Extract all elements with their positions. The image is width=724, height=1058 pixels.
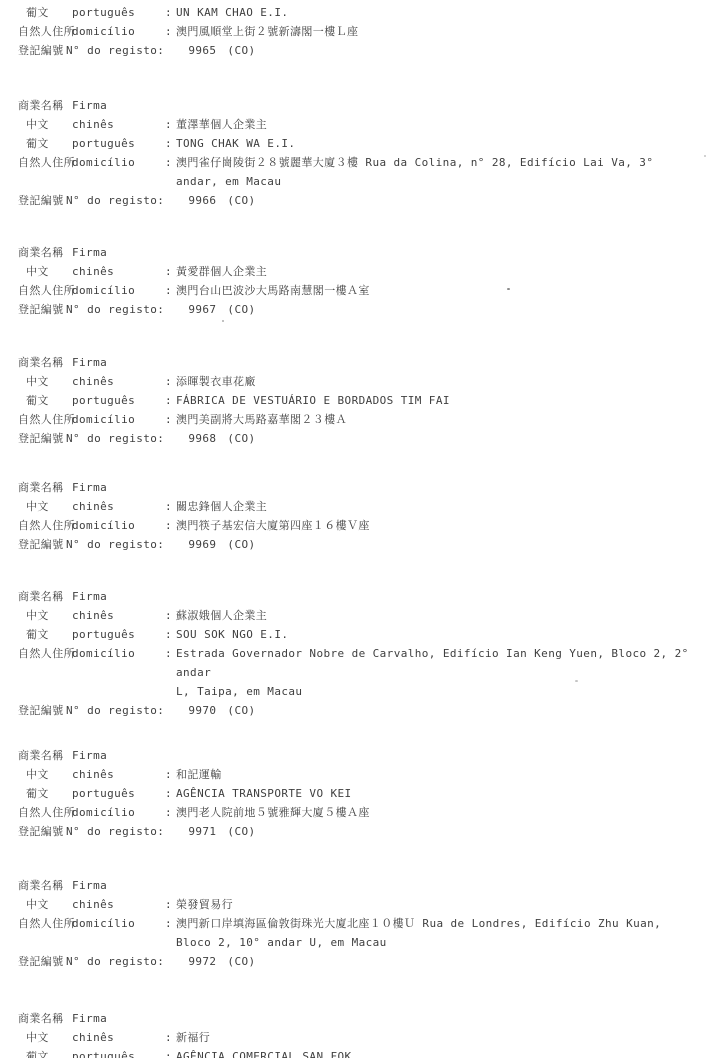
chinese-name-row: 中文 chinês : 榮發貿易行 <box>18 895 716 914</box>
registry-label-zh: 登記編號 <box>18 191 66 210</box>
chinese-name-value: 榮發貿易行 <box>176 895 716 914</box>
domicile-label-pt: domicílio <box>72 914 165 933</box>
registration-row: 登記編號 N° do registo: 9972 (CO) <box>18 952 716 971</box>
portuguese-name-row: 葡文 português : SOU SOK NGO E.I. <box>18 625 716 644</box>
registry-suffix: (CO) <box>227 535 255 554</box>
colon-separator: : <box>165 262 176 281</box>
registry-number: 9972 <box>188 952 216 971</box>
business-name-row: 商業名稱 Firma <box>18 1009 716 1028</box>
colon-separator: : <box>165 410 176 429</box>
portuguese-label-zh: 葡文 <box>18 625 72 644</box>
registration-row: 登記編號 N° do registo: 9967 (CO) <box>18 300 716 319</box>
firma-label-pt: Firma <box>72 478 165 497</box>
chinese-name-value: 關忠鋒個人企業主 <box>176 497 716 516</box>
firma-label-zh: 商業名稱 <box>18 96 72 115</box>
colon-separator: : <box>165 22 176 41</box>
colon-separator: : <box>165 803 176 822</box>
chinese-name-value: 和記運輸 <box>176 765 716 784</box>
registry-label-zh: 登記編號 <box>18 535 66 554</box>
chinese-label-pt: chinês <box>72 765 165 784</box>
portuguese-name-row: 葡文 português : AGÊNCIA TRANSPORTE VO KEI <box>18 784 716 803</box>
portuguese-label-zh: 葡文 <box>18 3 72 22</box>
portuguese-label-pt: português <box>72 1047 165 1058</box>
firma-label-zh: 商業名稱 <box>18 353 72 372</box>
registry-entry-9972: 商業名稱 Firma 中文 chinês : 榮發貿易行 自然人住所 domic… <box>18 876 716 971</box>
chinese-name-value: 董澤華個人企業主 <box>176 115 716 134</box>
domicile-label-zh: 自然人住所 <box>18 410 72 429</box>
colon-separator: : <box>165 765 176 784</box>
portuguese-name-value: AGÊNCIA TRANSPORTE VO KEI <box>176 784 716 803</box>
portuguese-name-row: 葡文 português : TONG CHAK WA E.I. <box>18 134 716 153</box>
scan-speck <box>575 680 578 682</box>
domicile-value: 澳門老人院前地５號雅輝大廈５樓Ａ座 <box>176 803 716 822</box>
registry-suffix: (CO) <box>227 191 255 210</box>
colon-separator: : <box>165 644 176 663</box>
registry-number: 9970 <box>188 701 216 720</box>
registry-entry-9970: 商業名稱 Firma 中文 chinês : 蘇淑娥個人企業主 葡文 portu… <box>18 587 716 720</box>
firma-label-pt: Firma <box>72 96 165 115</box>
colon-separator: : <box>165 1028 176 1047</box>
business-name-row: 商業名稱 Firma <box>18 478 716 497</box>
portuguese-name-row: 葡文 português : AGÊNCIA COMERCIAL SAN FOK <box>18 1047 716 1058</box>
chinese-name-row: 中文 chinês : 新福行 <box>18 1028 716 1047</box>
domicile-value: 澳門台山巴波沙大馬路南慧閣一樓Ａ室 <box>176 281 716 300</box>
chinese-label-pt: chinês <box>72 115 165 134</box>
registry-entry-san-fok: 商業名稱 Firma 中文 chinês : 新福行 葡文 português … <box>18 1009 716 1058</box>
firma-label-pt: Firma <box>72 243 165 262</box>
domicile-row: 自然人住所 domicílio : Estrada Governador Nob… <box>18 644 716 701</box>
registry-number: 9968 <box>188 429 216 448</box>
colon-separator: : <box>165 3 176 22</box>
portuguese-label-pt: português <box>72 784 165 803</box>
colon-separator: : <box>165 1047 176 1058</box>
scan-speck <box>222 320 224 322</box>
registry-number: 9966 <box>188 191 216 210</box>
domicile-value: 澳門風順堂上街２號新濤閣一樓Ｌ座 <box>176 22 716 41</box>
portuguese-name-value: SOU SOK NGO E.I. <box>176 625 716 644</box>
domicile-label-zh: 自然人住所 <box>18 914 72 933</box>
registry-number: 9965 <box>188 41 216 60</box>
registry-suffix: (CO) <box>227 822 255 841</box>
colon-separator: : <box>165 784 176 803</box>
registration-row: 登記編號 N° do registo: 9965 (CO) <box>18 41 716 60</box>
domicile-label-pt: domicílio <box>72 153 165 172</box>
domicile-row: 自然人住所 domicílio : 澳門雀仔崗陵街２８號麗華大廈３樓 Rua d… <box>18 153 716 191</box>
firma-label-pt: Firma <box>72 1009 165 1028</box>
registration-row: 登記編號 N° do registo: 9968 (CO) <box>18 429 716 448</box>
registry-number: 9969 <box>188 535 216 554</box>
registry-label-zh: 登記編號 <box>18 701 66 720</box>
registry-suffix: (CO) <box>227 952 255 971</box>
chinese-label-zh: 中文 <box>18 497 72 516</box>
domicile-line2: Bloco 2, 10° andar U, em Macau <box>176 936 387 949</box>
domicile-value: 澳門美副將大馬路嘉華閣２３樓Ａ <box>176 410 716 429</box>
registry-entry-9971: 商業名稱 Firma 中文 chinês : 和記運輸 葡文 português… <box>18 746 716 841</box>
colon-separator: : <box>165 115 176 134</box>
chinese-label-pt: chinês <box>72 1028 165 1047</box>
registry-suffix: (CO) <box>227 41 255 60</box>
registry-label-pt: N° do registo: <box>66 952 164 971</box>
business-name-row: 商業名稱 Firma <box>18 876 716 895</box>
domicile-label-zh: 自然人住所 <box>18 644 72 663</box>
domicile-line1: 澳門雀仔崗陵街２８號麗華大廈３樓 Rua da Colina, n° 28, E… <box>176 156 653 169</box>
portuguese-name-value: FÁBRICA DE VESTUÁRIO E BORDADOS TIM FAI <box>176 391 716 410</box>
chinese-label-pt: chinês <box>72 262 165 281</box>
colon-separator: : <box>165 606 176 625</box>
registry-number: 9967 <box>188 300 216 319</box>
chinese-label-zh: 中文 <box>18 115 72 134</box>
registry-label-zh: 登記編號 <box>18 300 66 319</box>
domicile-row: 自然人住所 domicílio : 澳門新口岸填海區倫敦街珠光大廈北座１０樓Ｕ … <box>18 914 716 952</box>
business-name-row: 商業名稱 Firma <box>18 353 716 372</box>
domicile-label-pt: domicílio <box>72 281 165 300</box>
registration-row: 登記編號 N° do registo: 9971 (CO) <box>18 822 716 841</box>
chinese-name-row: 中文 chinês : 董澤華個人企業主 <box>18 115 716 134</box>
firma-label-pt: Firma <box>72 353 165 372</box>
business-name-row: 商業名稱 Firma <box>18 96 716 115</box>
domicile-label-zh: 自然人住所 <box>18 153 72 172</box>
registry-entry-9966: 商業名稱 Firma 中文 chinês : 董澤華個人企業主 葡文 portu… <box>18 96 716 210</box>
chinese-label-zh: 中文 <box>18 372 72 391</box>
chinese-name-row: 中文 chinês : 關忠鋒個人企業主 <box>18 497 716 516</box>
firma-label-zh: 商業名稱 <box>18 587 72 606</box>
chinese-label-zh: 中文 <box>18 606 72 625</box>
domicile-label-zh: 自然人住所 <box>18 281 72 300</box>
chinese-label-zh: 中文 <box>18 262 72 281</box>
colon-separator: : <box>165 914 176 933</box>
domicile-line1: 澳門新口岸填海區倫敦街珠光大廈北座１０樓Ｕ Rua de Londres, Ed… <box>176 917 661 930</box>
domicile-value: 澳門筷子基宏信大廈第四座１６樓Ｖ座 <box>176 516 716 535</box>
registry-label-pt: N° do registo: <box>66 191 164 210</box>
registry-label-zh: 登記編號 <box>18 429 66 448</box>
domicile-row: 自然人住所 domicílio : 澳門台山巴波沙大馬路南慧閣一樓Ａ室 <box>18 281 716 300</box>
registry-suffix: (CO) <box>227 300 255 319</box>
domicile-label-pt: domicílio <box>72 410 165 429</box>
chinese-name-row: 中文 chinês : 添暉製衣車花廠 <box>18 372 716 391</box>
chinese-label-pt: chinês <box>72 372 165 391</box>
domicile-label-pt: domicílio <box>72 22 165 41</box>
firma-label-pt: Firma <box>72 587 165 606</box>
portuguese-name-row: 葡文 português : UN KAM CHAO E.I. <box>18 3 716 22</box>
registry-label-pt: N° do registo: <box>66 429 164 448</box>
business-name-row: 商業名稱 Firma <box>18 243 716 262</box>
portuguese-label-pt: português <box>72 625 165 644</box>
chinese-label-pt: chinês <box>72 895 165 914</box>
domicile-line1: Estrada Governador Nobre de Carvalho, Ed… <box>176 647 689 679</box>
colon-separator: : <box>165 516 176 535</box>
firma-label-zh: 商業名稱 <box>18 1009 72 1028</box>
colon-separator: : <box>165 281 176 300</box>
chinese-label-zh: 中文 <box>18 1028 72 1047</box>
chinese-label-zh: 中文 <box>18 765 72 784</box>
firma-label-zh: 商業名稱 <box>18 746 72 765</box>
chinese-name-row: 中文 chinês : 蘇淑娥個人企業主 <box>18 606 716 625</box>
registry-label-pt: N° do registo: <box>66 701 164 720</box>
registry-entry-9967: 商業名稱 Firma 中文 chinês : 黃愛群個人企業主 自然人住所 do… <box>18 243 716 319</box>
registry-label-zh: 登記編號 <box>18 822 66 841</box>
domicile-line2: L, Taipa, em Macau <box>176 685 302 698</box>
chinese-name-value: 黃愛群個人企業主 <box>176 262 716 281</box>
domicile-label-pt: domicílio <box>72 644 165 663</box>
registration-row: 登記編號 N° do registo: 9966 (CO) <box>18 191 716 210</box>
firma-label-pt: Firma <box>72 746 165 765</box>
business-name-row: 商業名稱 Firma <box>18 746 716 765</box>
registry-label-pt: N° do registo: <box>66 822 164 841</box>
colon-separator: : <box>165 134 176 153</box>
colon-separator: : <box>165 895 176 914</box>
domicile-row: 自然人住所 domicílio : 澳門風順堂上街２號新濤閣一樓Ｌ座 <box>18 22 716 41</box>
registry-entry-9965: 葡文 português : UN KAM CHAO E.I. 自然人住所 do… <box>18 3 716 60</box>
portuguese-label-pt: português <box>72 134 165 153</box>
domicile-row: 自然人住所 domicílio : 澳門美副將大馬路嘉華閣２３樓Ａ <box>18 410 716 429</box>
portuguese-name-row: 葡文 português : FÁBRICA DE VESTUÁRIO E BO… <box>18 391 716 410</box>
firma-label-zh: 商業名稱 <box>18 478 72 497</box>
portuguese-label-pt: português <box>72 391 165 410</box>
scan-speck <box>704 155 706 157</box>
domicile-value: 澳門雀仔崗陵街２８號麗華大廈３樓 Rua da Colina, n° 28, E… <box>176 153 716 191</box>
portuguese-name-value: AGÊNCIA COMERCIAL SAN FOK <box>176 1047 716 1058</box>
portuguese-label-zh: 葡文 <box>18 391 72 410</box>
colon-separator: : <box>165 153 176 172</box>
domicile-line2: andar, em Macau <box>176 175 281 188</box>
colon-separator: : <box>165 497 176 516</box>
domicile-row: 自然人住所 domicílio : 澳門筷子基宏信大廈第四座１６樓Ｖ座 <box>18 516 716 535</box>
firma-label-zh: 商業名稱 <box>18 243 72 262</box>
domicile-value: Estrada Governador Nobre de Carvalho, Ed… <box>176 644 716 701</box>
scan-speck <box>507 288 510 290</box>
registry-label-pt: N° do registo: <box>66 41 164 60</box>
registry-entry-9968: 商業名稱 Firma 中文 chinês : 添暉製衣車花廠 葡文 portug… <box>18 353 716 448</box>
registry-label-zh: 登記編號 <box>18 41 66 60</box>
registry-suffix: (CO) <box>227 429 255 448</box>
registry-label-pt: N° do registo: <box>66 535 164 554</box>
registry-label-pt: N° do registo: <box>66 300 164 319</box>
domicile-row: 自然人住所 domicílio : 澳門老人院前地５號雅輝大廈５樓Ａ座 <box>18 803 716 822</box>
portuguese-name-value: TONG CHAK WA E.I. <box>176 134 716 153</box>
portuguese-label-zh: 葡文 <box>18 784 72 803</box>
portuguese-label-pt: português <box>72 3 165 22</box>
chinese-name-value: 新福行 <box>176 1028 716 1047</box>
chinese-label-zh: 中文 <box>18 895 72 914</box>
chinese-name-value: 蘇淑娥個人企業主 <box>176 606 716 625</box>
chinese-label-pt: chinês <box>72 497 165 516</box>
chinese-name-value: 添暉製衣車花廠 <box>176 372 716 391</box>
portuguese-label-zh: 葡文 <box>18 1047 72 1058</box>
domicile-label-zh: 自然人住所 <box>18 516 72 535</box>
firma-label-zh: 商業名稱 <box>18 876 72 895</box>
portuguese-label-zh: 葡文 <box>18 134 72 153</box>
colon-separator: : <box>165 372 176 391</box>
registry-label-zh: 登記編號 <box>18 952 66 971</box>
chinese-label-pt: chinês <box>72 606 165 625</box>
chinese-name-row: 中文 chinês : 和記運輸 <box>18 765 716 784</box>
domicile-label-pt: domicílio <box>72 803 165 822</box>
chinese-name-row: 中文 chinês : 黃愛群個人企業主 <box>18 262 716 281</box>
domicile-label-pt: domicílio <box>72 516 165 535</box>
registry-suffix: (CO) <box>227 701 255 720</box>
registration-row: 登記編號 N° do registo: 9970 (CO) <box>18 701 716 720</box>
registry-entry-9969: 商業名稱 Firma 中文 chinês : 關忠鋒個人企業主 自然人住所 do… <box>18 478 716 554</box>
registration-row: 登記編號 N° do registo: 9969 (CO) <box>18 535 716 554</box>
registry-number: 9971 <box>188 822 216 841</box>
scanned-page: 葡文 português : UN KAM CHAO E.I. 自然人住所 do… <box>0 0 724 1058</box>
business-name-row: 商業名稱 Firma <box>18 587 716 606</box>
colon-separator: : <box>165 391 176 410</box>
domicile-label-zh: 自然人住所 <box>18 22 72 41</box>
domicile-label-zh: 自然人住所 <box>18 803 72 822</box>
firma-label-pt: Firma <box>72 876 165 895</box>
colon-separator: : <box>165 625 176 644</box>
portuguese-name-value: UN KAM CHAO E.I. <box>176 3 716 22</box>
domicile-value: 澳門新口岸填海區倫敦街珠光大廈北座１０樓Ｕ Rua de Londres, Ed… <box>176 914 716 952</box>
